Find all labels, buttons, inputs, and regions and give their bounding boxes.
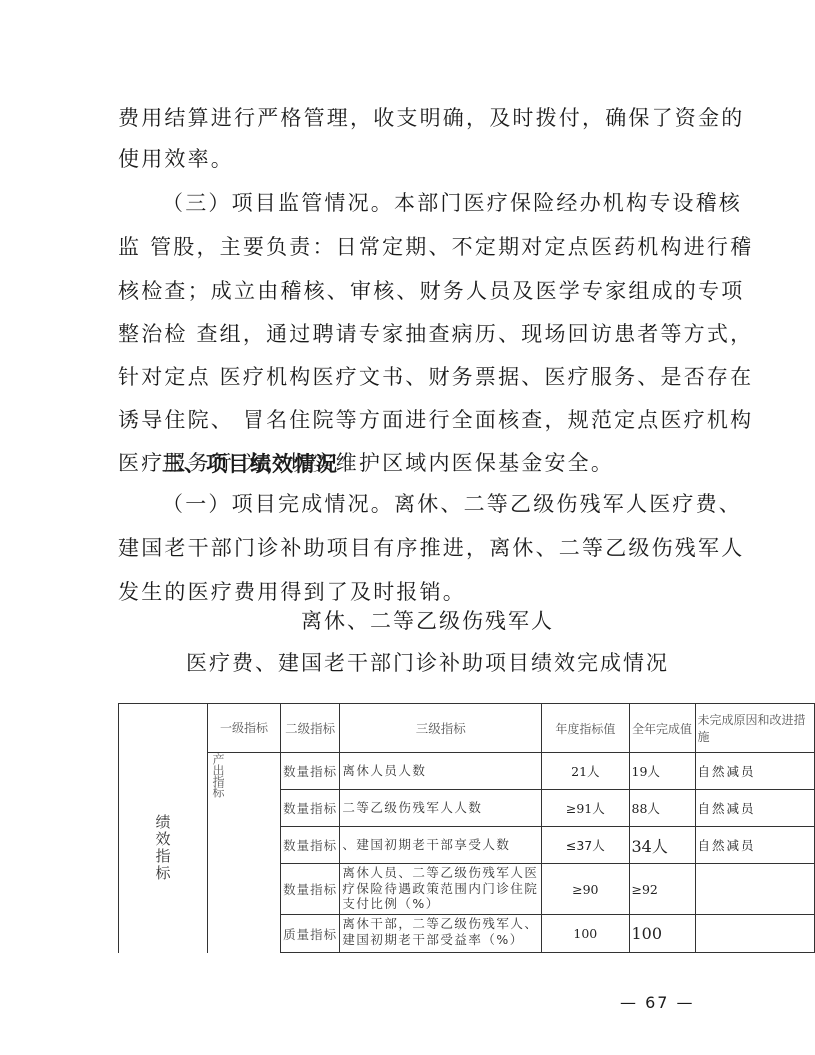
table-header-row: 绩效指标 一级指标 二级指标 三级指标 年度指标值 全年完成值 未完成原因和改进… (119, 704, 815, 753)
header-annual-target: 年度指标值 (542, 704, 629, 753)
performance-table: 绩效指标 一级指标 二级指标 三级指标 年度指标值 全年完成值 未完成原因和改进… (118, 703, 815, 953)
level2-cell: 质量指标 (281, 915, 340, 953)
paragraph-line: 监 管股，主要负责：日常定期、不定期对定点医药机构进行稽 (118, 233, 698, 261)
performance-indicator-cell: 绩效指标 (119, 704, 208, 953)
table-caption-line2: 医疗费、建国老干部门诊补助项目绩效完成情况 (20, 649, 815, 677)
level3-cell: 、建国初期老干部享受人数 (340, 827, 542, 864)
reason-cell (695, 915, 815, 953)
reason-cell: 自然减员 (695, 753, 815, 790)
actual-cell: 88人 (629, 790, 695, 827)
target-cell: ≤37人 (542, 827, 629, 864)
section-heading: 三、项目绩效情况 (162, 450, 338, 478)
target-cell: ≥91人 (542, 790, 629, 827)
table-row: 产出指标 数量指标 离休人员人数 21人 19人 自然减员 (119, 753, 815, 790)
paragraph-line: 诱导住院、 冒名住院等方面进行全面核查，规范定点医疗机构 (118, 406, 698, 434)
target-cell: ≥90 (542, 864, 629, 915)
reason-cell: 自然减员 (695, 827, 815, 864)
level2-cell: 数量指标 (281, 827, 340, 864)
level3-cell: 离休人员人数 (340, 753, 542, 790)
header-reason: 未完成原因和改进措施 (695, 704, 815, 753)
page-number: — 67 — (620, 993, 695, 1012)
actual-cell: ≥92 (629, 864, 695, 915)
level3-cell: 离休人员、二等乙级伤残军人医疗保险待遇政策范围内门诊住院支付比例（%） (340, 864, 542, 915)
level2-cell: 数量指标 (281, 864, 340, 915)
paragraph-line: 核检查；成立由稽核、审核、财务人员及医学专家组成的专项 (118, 277, 698, 305)
target-cell: 21人 (542, 753, 629, 790)
paragraph-line: 使用效率。 (118, 145, 698, 173)
target-cell: 100 (542, 915, 629, 953)
reason-cell: 自然减员 (695, 790, 815, 827)
header-level1: 一级指标 (208, 704, 281, 753)
actual-cell: 19人 (629, 753, 695, 790)
performance-indicator-label: 绩效指标 (153, 814, 174, 882)
header-level3: 三级指标 (340, 704, 542, 753)
reason-cell (695, 864, 815, 915)
header-level2: 二级指标 (281, 704, 340, 753)
header-annual-actual: 全年完成值 (629, 704, 695, 753)
paragraph-line: 发生的医疗费用得到了及时报销。 (118, 578, 698, 606)
paragraph-line: 建国老干部门诊补助项目有序推进，离休、二等乙级伤残军人 (118, 534, 698, 562)
level3-cell: 二等乙级伤残军人人数 (340, 790, 542, 827)
table-caption-line1: 离休、二等乙级伤残军人 (20, 607, 815, 635)
output-indicator-cell: 产出指标 (208, 753, 281, 953)
paragraph-line: 费用结算进行严格管理，收支明确，及时拨付，确保了资金的 (118, 104, 698, 132)
paragraph-line: （一）项目完成情况。离休、二等乙级伤残军人医疗费、 (162, 490, 742, 518)
level2-cell: 数量指标 (281, 753, 340, 790)
actual-cell: 100 (629, 915, 695, 953)
output-indicator-label: 产出指标 (210, 753, 227, 797)
level3-cell: 离休干部，二等乙级伤残军人、建国初期老干部受益率（%） (340, 915, 542, 953)
paragraph-line: 针对定点 医疗机构医疗文书、财务票据、医疗服务、是否存在 (118, 363, 698, 391)
paragraph-line: 整治检 查组，通过聘请专家抽查病历、现场回访患者等方式， (118, 320, 698, 348)
actual-cell: 34人 (629, 827, 695, 864)
document-page: 费用结算进行严格管理，收支明确，及时拨付，确保了资金的 使用效率。 （三）项目监… (0, 0, 815, 1055)
level2-cell: 数量指标 (281, 790, 340, 827)
paragraph-line: （三）项目监管情况。本部门医疗保险经办机构专设稽核 (162, 189, 742, 217)
